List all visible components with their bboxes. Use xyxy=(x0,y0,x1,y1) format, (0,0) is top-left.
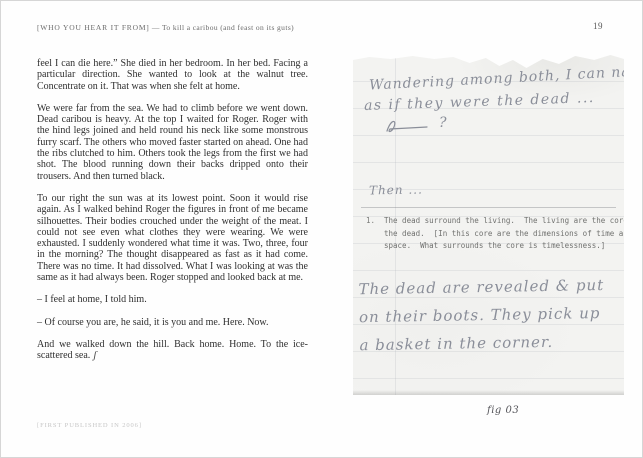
typed-margin-number: 1. xyxy=(366,216,375,225)
typed-line: space. What surrounds the core is timele… xyxy=(384,241,605,250)
paper-bottom-edge xyxy=(353,390,624,395)
handwritten-then-line: Then ... xyxy=(369,183,423,198)
closing-paragraph: And we walked down the hill. Back home. … xyxy=(37,339,308,362)
dialogue-line: – Of course you are, he said, it is you … xyxy=(37,317,308,328)
typed-line: the dead. [In this core are the dimensio… xyxy=(384,229,632,238)
running-header: [WHO YOU HEAR IT FROM] — To kill a carib… xyxy=(37,23,337,32)
typed-line: The dead surround the living. The living… xyxy=(384,216,641,225)
paragraph: To our right the sun was at its lowest p… xyxy=(37,193,308,283)
paper-rule-line xyxy=(361,207,616,208)
running-head-chapter-title: To kill a caribou (and feast on its guts… xyxy=(162,23,294,32)
closing-text: And we walked down the hill. Back home. … xyxy=(37,339,308,361)
figure-caption: fig 03 xyxy=(487,405,519,416)
handwritten-scribble: ? xyxy=(381,115,441,144)
paragraph: We were far from the sea. We had to clim… xyxy=(37,103,308,182)
book-spread: [WHO YOU HEAR IT FROM] — To kill a carib… xyxy=(0,0,643,458)
printed-body-text: feel I can die here.” She died in her be… xyxy=(37,58,308,373)
scanned-note-paper: Wandering among both, I can name them as… xyxy=(353,47,624,395)
dialogue-line: – I feel at home, I told him. xyxy=(37,294,308,305)
page-number: 19 xyxy=(593,21,603,31)
typed-text-block: The dead surround the living. The living… xyxy=(384,215,612,253)
imprint-footer: [FIRST PUBLISHED IN 2006] xyxy=(37,422,142,429)
paragraph: feel I can die here.” She died in her be… xyxy=(37,58,308,92)
running-head-separator: — xyxy=(150,23,162,32)
handwritten-bottom-text: The dead are revealed & put on their boo… xyxy=(358,271,614,359)
scribble-question-mark: ? xyxy=(439,115,447,131)
end-ornament-glyph: ʃ xyxy=(90,349,96,361)
scribble-flourish-icon xyxy=(381,115,441,139)
running-head-series: [WHO YOU HEAR IT FROM] xyxy=(37,23,150,32)
